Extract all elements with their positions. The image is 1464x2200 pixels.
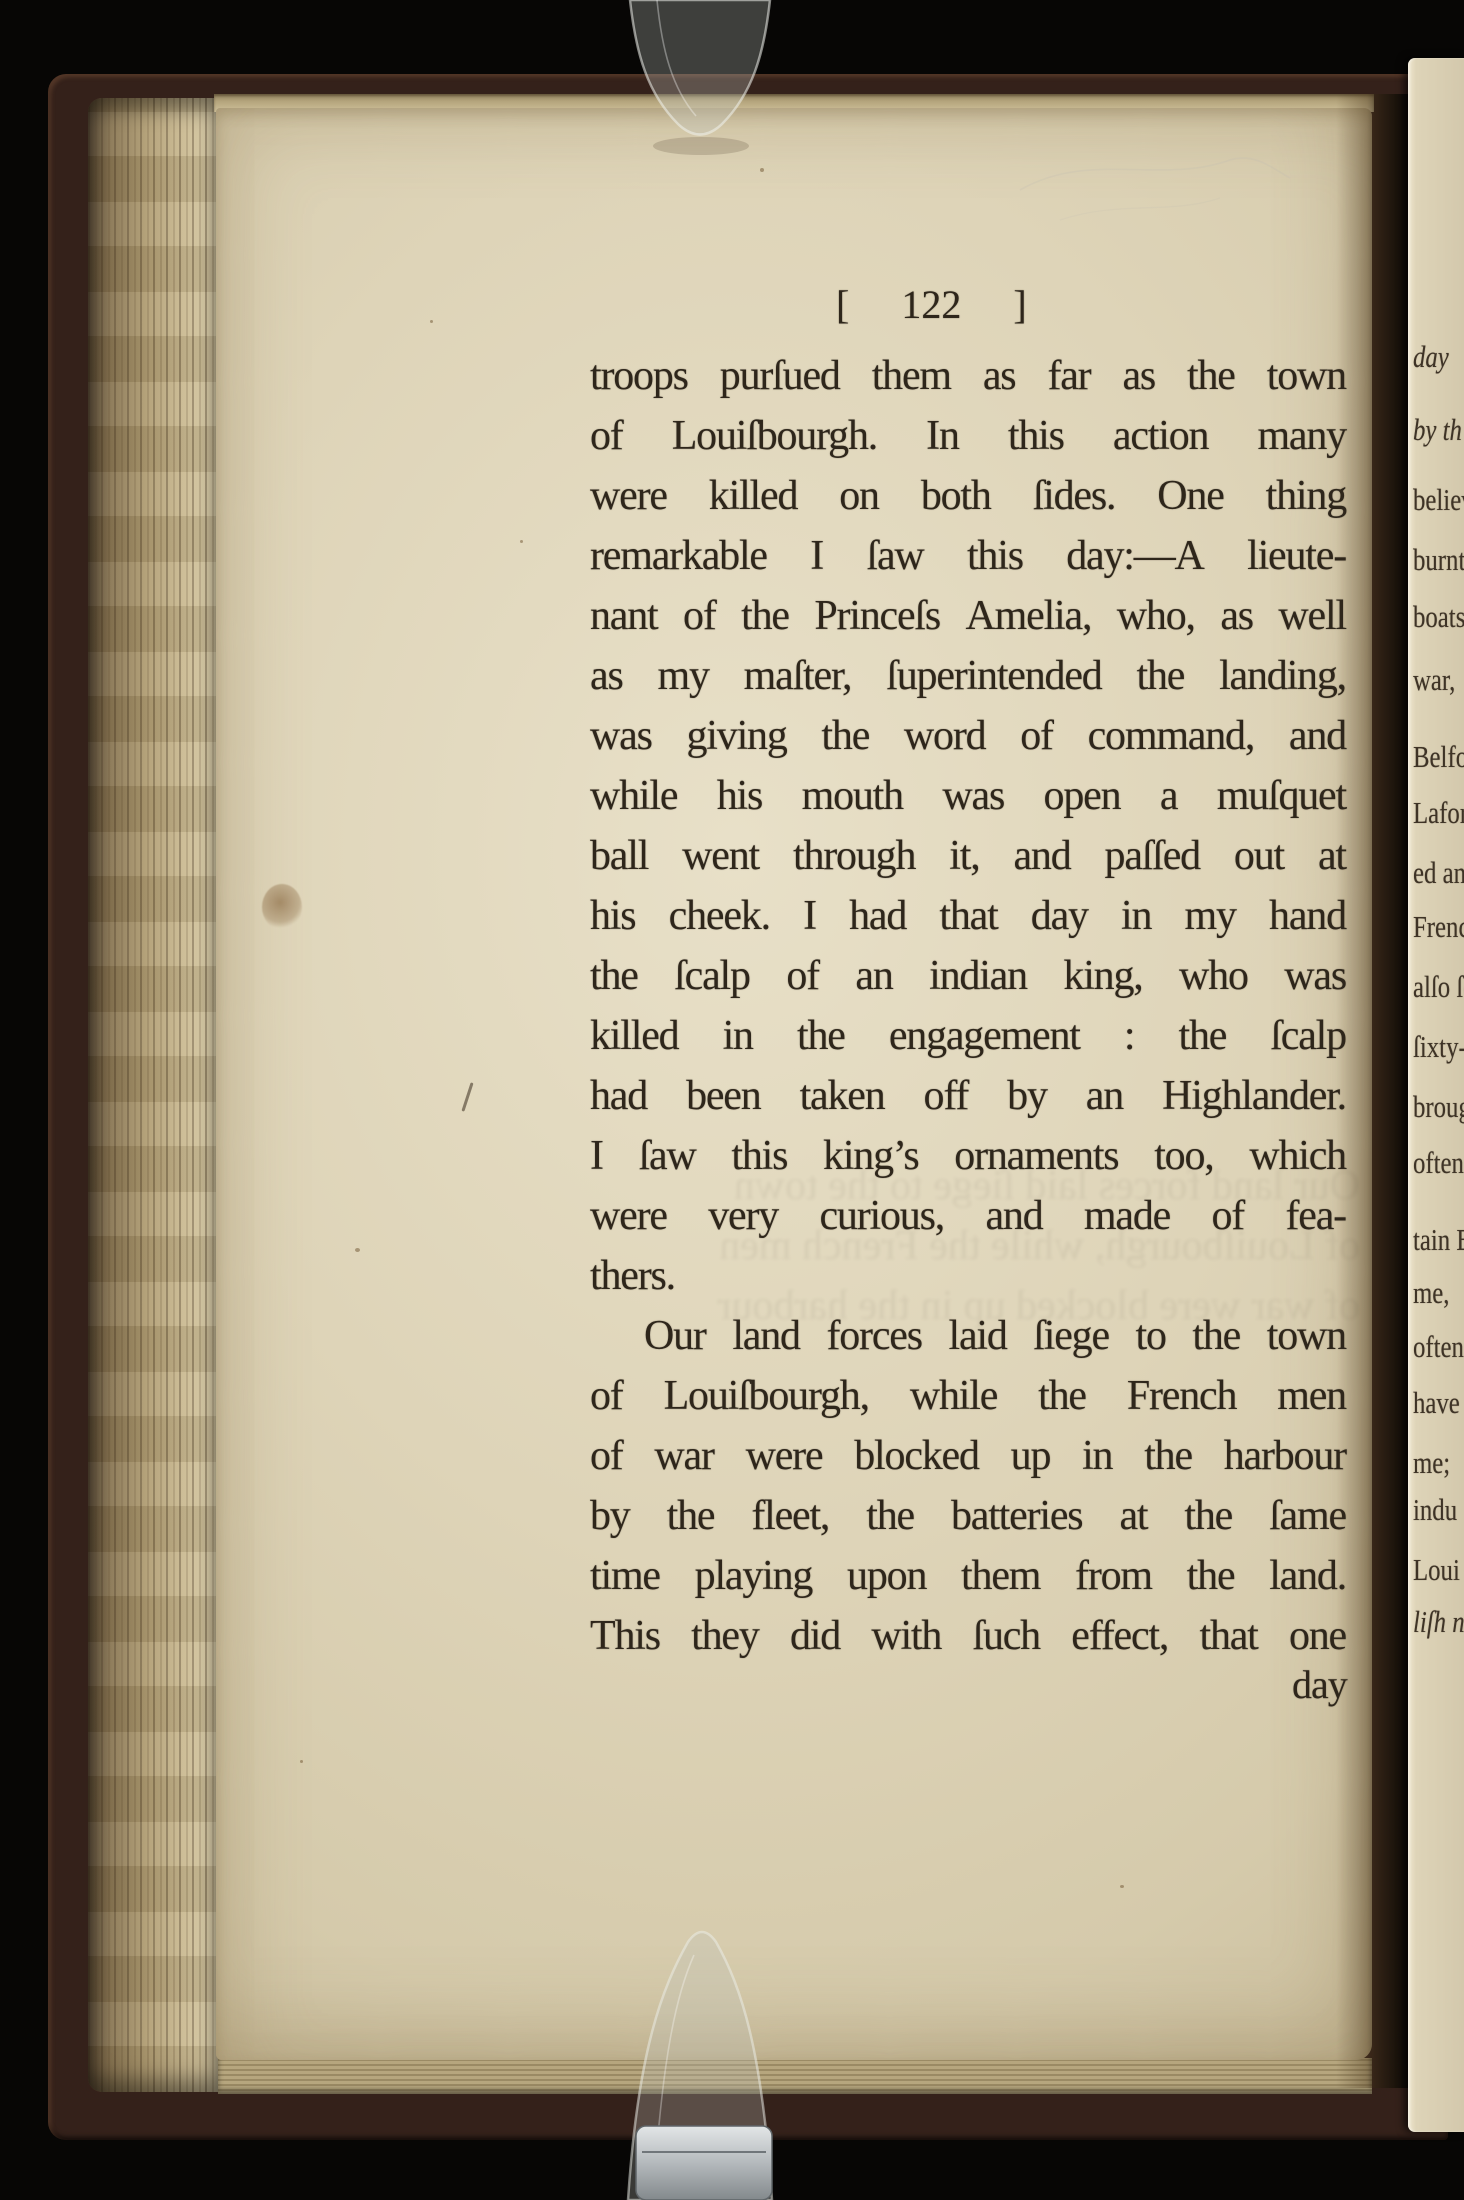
ink-stain xyxy=(262,884,302,930)
page-number: 122 xyxy=(901,280,961,330)
text-line: ballwentthroughit,andpaſſedoutat xyxy=(590,826,1346,886)
facing-page-line-fragment: burnt. xyxy=(1413,540,1464,580)
text-line: timeplayinguponthemfromtheland. xyxy=(590,1546,1346,1606)
facing-page-line-fragment: liſh n xyxy=(1413,1602,1464,1642)
text-block: troopspurſuedthemasfarasthetownofLouiſbo… xyxy=(590,346,1346,1666)
facing-page-line-fragment: alſo ſe xyxy=(1413,967,1464,1007)
text-line: troopspurſuedthemasfarasthetown xyxy=(590,346,1346,406)
facing-page-line-fragment: Frenc xyxy=(1413,907,1464,947)
gutter-shadow xyxy=(1336,94,1410,2088)
facing-page-line-fragment: believ xyxy=(1413,480,1464,520)
facing-page-line-fragment: war, xyxy=(1413,660,1455,700)
page-edge-stack xyxy=(88,98,218,2092)
catchword: day xyxy=(1292,1662,1347,1708)
facing-page-line-fragment: Loui xyxy=(1413,1550,1460,1590)
paper-speck xyxy=(520,540,523,543)
facing-page-line-fragment: often xyxy=(1413,1327,1464,1367)
text-line: Thistheydidwithſucheffect,thatone xyxy=(590,1606,1346,1666)
paper-speck xyxy=(300,1760,303,1763)
facing-page-line-fragment: day xyxy=(1413,337,1449,377)
facing-page-line-fragment: by th xyxy=(1413,410,1462,450)
facing-page-line-fragment: boats xyxy=(1413,597,1464,637)
text-line: asmymaſter,ſuperintendedthelanding, xyxy=(590,646,1346,706)
paper-speck xyxy=(355,1248,360,1252)
text-line: theſcalpofanindianking,whowas xyxy=(590,946,1346,1006)
paper-speck xyxy=(430,320,433,323)
page-tail-edges xyxy=(218,2058,1372,2094)
facing-page-line-fragment: often xyxy=(1413,1143,1464,1183)
text-line: wereverycurious,andmadeoffea- xyxy=(590,1186,1346,1246)
facing-page-line-fragment: me; xyxy=(1413,1443,1450,1483)
facing-page-sliver: dayby thbelievburnt.boatswar,BelfouLafor… xyxy=(1408,58,1464,2132)
facing-page-line-fragment: Belfou xyxy=(1413,737,1464,777)
header-bracket-right: ] xyxy=(1013,280,1026,330)
text-line: ofLouiſbourgh.Inthisactionmany xyxy=(590,406,1346,466)
text-line: werekilledonbothſides.Onething xyxy=(590,466,1346,526)
header-bracket-left: [ xyxy=(836,280,849,330)
text-line: killedintheengagement:theſcalp xyxy=(590,1006,1346,1066)
facing-page-line-fragment: ſixty- xyxy=(1413,1027,1464,1067)
facing-page-line-fragment: have xyxy=(1413,1383,1460,1423)
page-header: [ 122 ] xyxy=(836,280,1027,330)
text-line: Iſawthisking’sornamentstoo,which xyxy=(590,1126,1346,1186)
facing-page-line-fragment: broug xyxy=(1413,1087,1464,1127)
facing-page-line-fragment: tain B xyxy=(1413,1220,1464,1260)
text-line: nantofthePrinceſsAmelia,who,aswell xyxy=(590,586,1346,646)
text-line: wasgivingthewordofcommand,and xyxy=(590,706,1346,766)
facing-page-line-fragment: ed an xyxy=(1413,853,1464,893)
facing-page-line-fragment: indu xyxy=(1413,1490,1457,1530)
book-photo-scene: Our land forces laid ſiege to the townof… xyxy=(0,0,1464,2200)
facing-page-line-fragment: me, xyxy=(1413,1273,1450,1313)
text-line: thers. xyxy=(590,1246,1346,1306)
text-line: ofwarwereblockedupintheharbour xyxy=(590,1426,1346,1486)
facing-page-line-fragment: Lafor xyxy=(1413,793,1464,833)
text-line: hischeek.Ihadthatdayinmyhand xyxy=(590,886,1346,946)
text-line: hadbeentakenoffbyanHighlander. xyxy=(590,1066,1346,1126)
text-line: ofLouiſbourgh,whiletheFrenchmen xyxy=(590,1366,1346,1426)
text-line: whilehismouthwasopenamuſquet xyxy=(590,766,1346,826)
text-line: bythefleet,thebatteriesattheſame xyxy=(590,1486,1346,1546)
text-line: remarkableIſawthisday:—Alieute- xyxy=(590,526,1346,586)
text-line: Ourlandforceslaidſiegetothetown xyxy=(590,1306,1346,1366)
paper-speck xyxy=(760,168,764,172)
paper-speck xyxy=(1120,1885,1124,1888)
